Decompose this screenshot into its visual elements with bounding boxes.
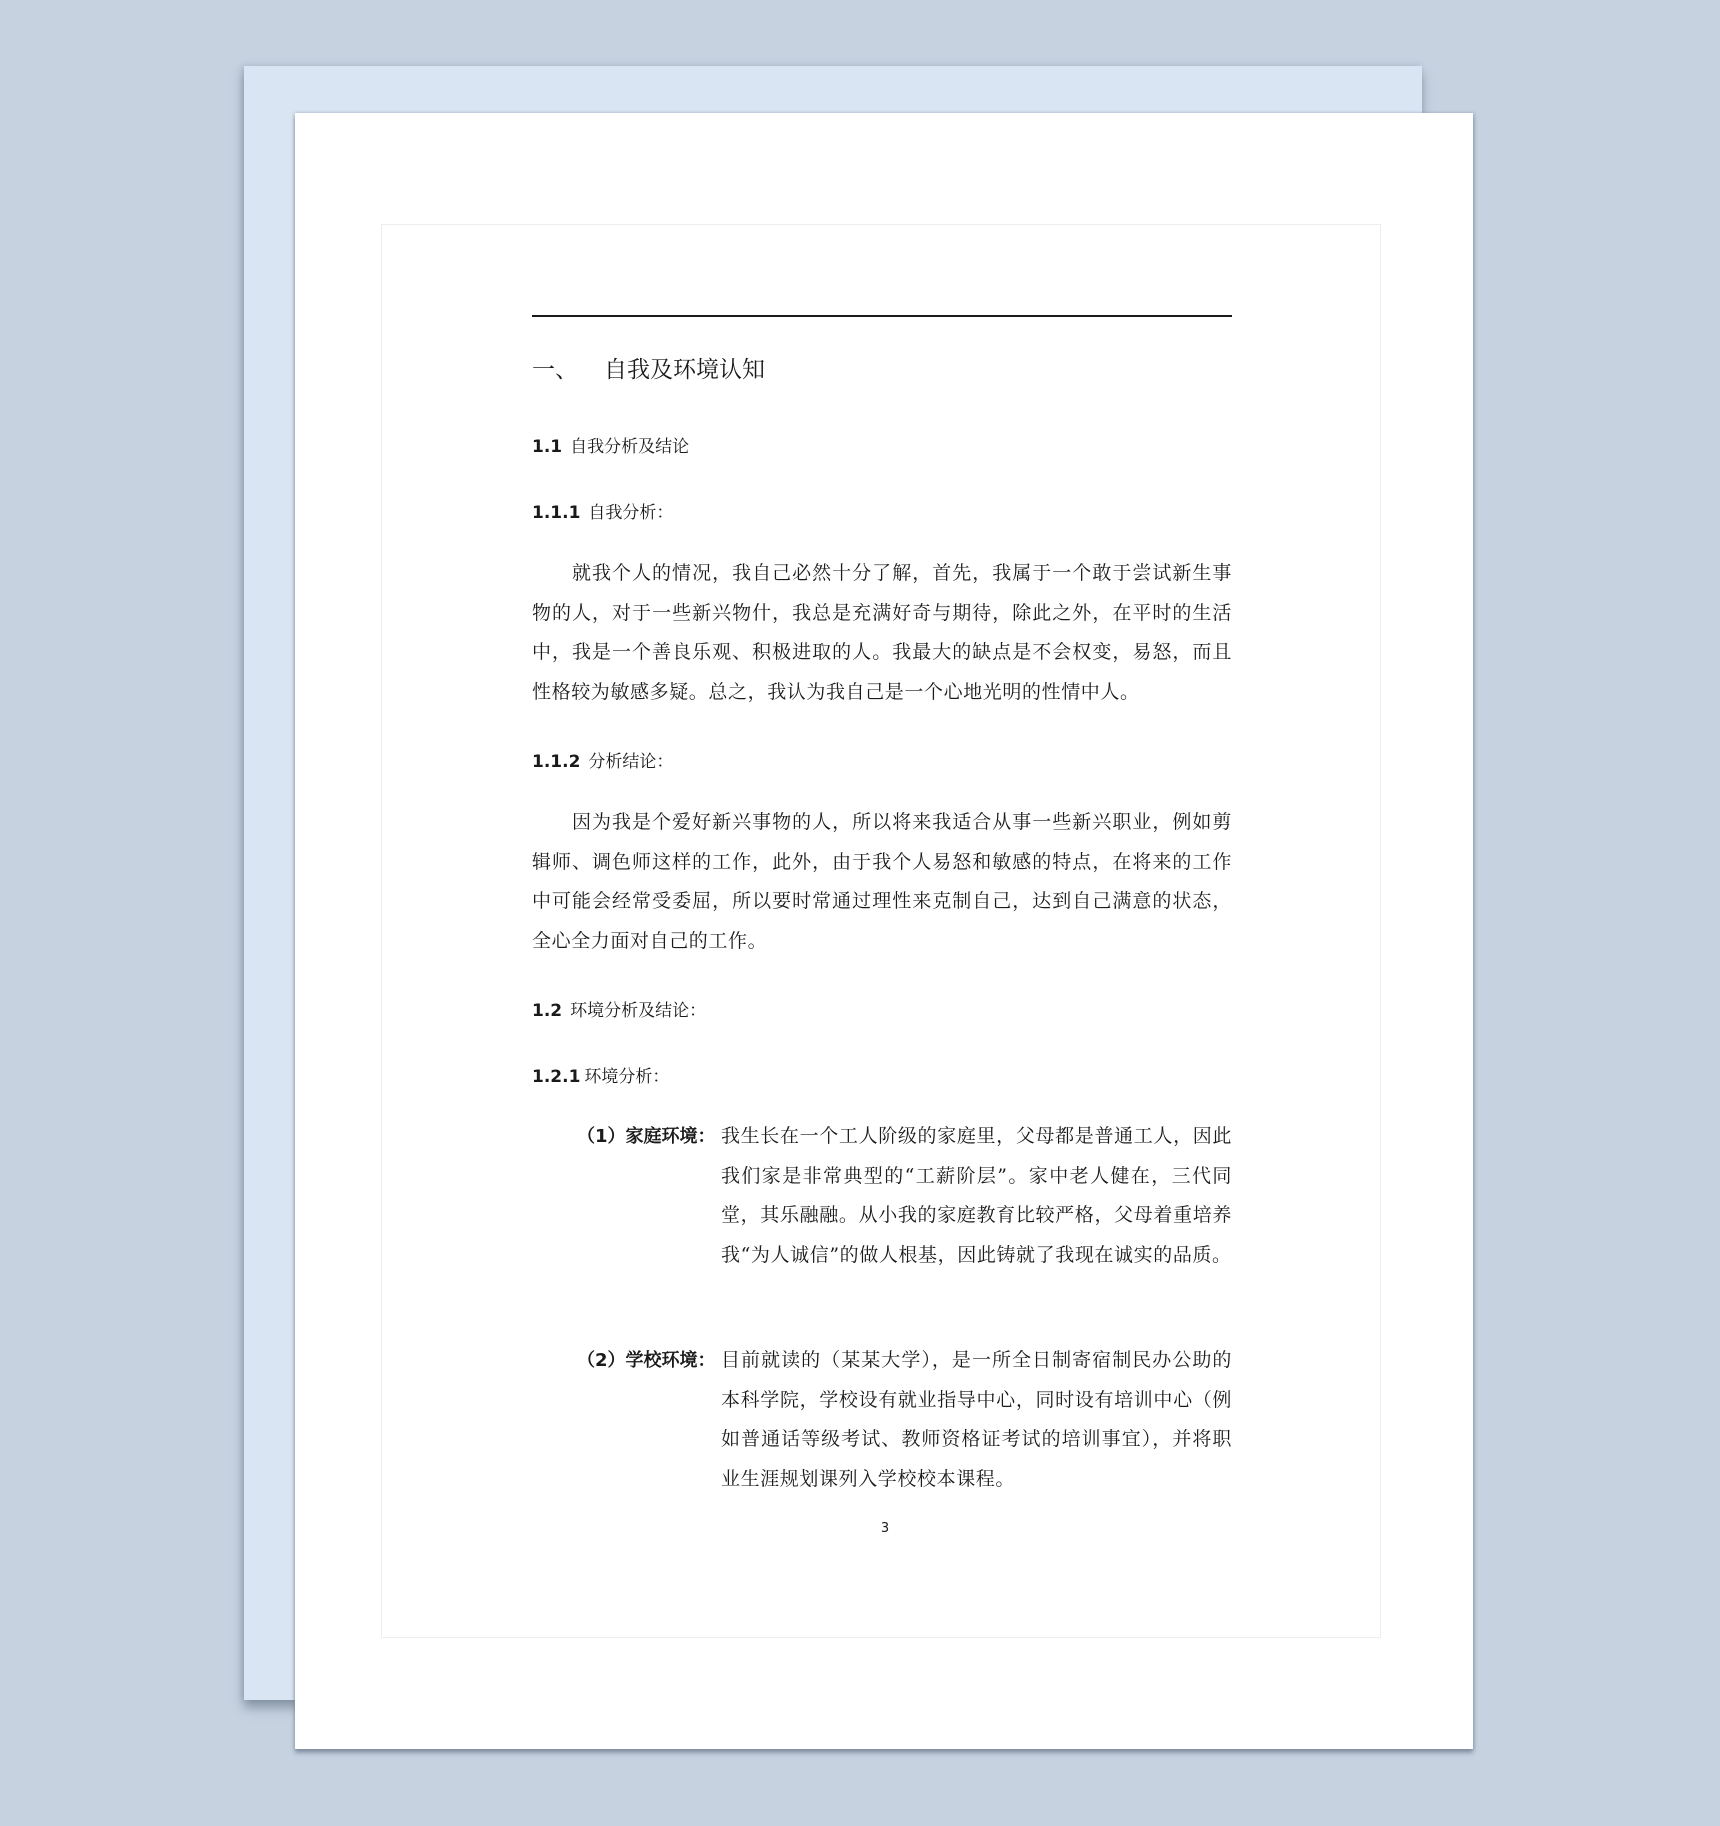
item-label: （2）学校环境：	[577, 1341, 716, 1381]
section-number: 1.1.1	[532, 503, 580, 523]
self-analysis-paragraph: 就我个人的情况，我自己必然十分了解，首先，我属于一个敢于尝试新生事物的人，对于一…	[532, 554, 1232, 712]
section-title: 分析结论：	[588, 752, 673, 772]
section-title: 环境分析：	[584, 1067, 669, 1087]
section-heading-1-2: 1.2环境分析及结论：	[532, 999, 1232, 1023]
section-number: 1.1.2	[532, 752, 580, 772]
item-text: 我生长在一个工人阶级的家庭里，父母都是普通工人，因此我们家是非常典型的“工薪阶层…	[721, 1117, 1232, 1275]
section-heading-1-1-1: 1.1.1自我分析：	[532, 501, 1232, 525]
header-rule	[532, 315, 1232, 317]
document-page: 一、自我及环境认知 1.1自我分析及结论 1.1.1自我分析： 就我个人的情况，…	[295, 113, 1473, 1749]
item-text: 目前就读的（某某大学），是一所全日制寄宿制民办公助的本科学院，学校设有就业指导中…	[721, 1341, 1232, 1499]
chapter-title: 自我及环境认知	[604, 357, 765, 383]
section-heading-1-1: 1.1自我分析及结论	[532, 435, 1232, 459]
section-number: 1.2.1	[532, 1067, 580, 1087]
section-number: 1.1	[532, 437, 562, 457]
item-label: （1）家庭环境：	[577, 1117, 716, 1157]
section-title: 环境分析及结论：	[570, 1001, 706, 1021]
section-heading-1-2-1: 1.2.1环境分析：	[532, 1065, 1232, 1089]
analysis-conclusion-paragraph: 因为我是个爱好新兴事物的人，所以将来我适合从事一些新兴职业，例如剪辑师、调色师这…	[532, 803, 1232, 961]
section-heading-1-1-2: 1.1.2分析结论：	[532, 750, 1232, 774]
chapter-number: 一、	[532, 355, 604, 385]
family-environment-item: （1）家庭环境： 我生长在一个工人阶级的家庭里，父母都是普通工人，因此我们家是非…	[577, 1117, 1232, 1275]
section-number: 1.2	[532, 1001, 562, 1021]
chapter-heading: 一、自我及环境认知	[532, 355, 1232, 385]
school-environment-item: （2）学校环境： 目前就读的（某某大学），是一所全日制寄宿制民办公助的本科学院，…	[577, 1341, 1232, 1499]
section-title: 自我分析：	[588, 503, 673, 523]
page-number: 3	[875, 1521, 895, 1536]
section-title: 自我分析及结论	[570, 437, 689, 457]
